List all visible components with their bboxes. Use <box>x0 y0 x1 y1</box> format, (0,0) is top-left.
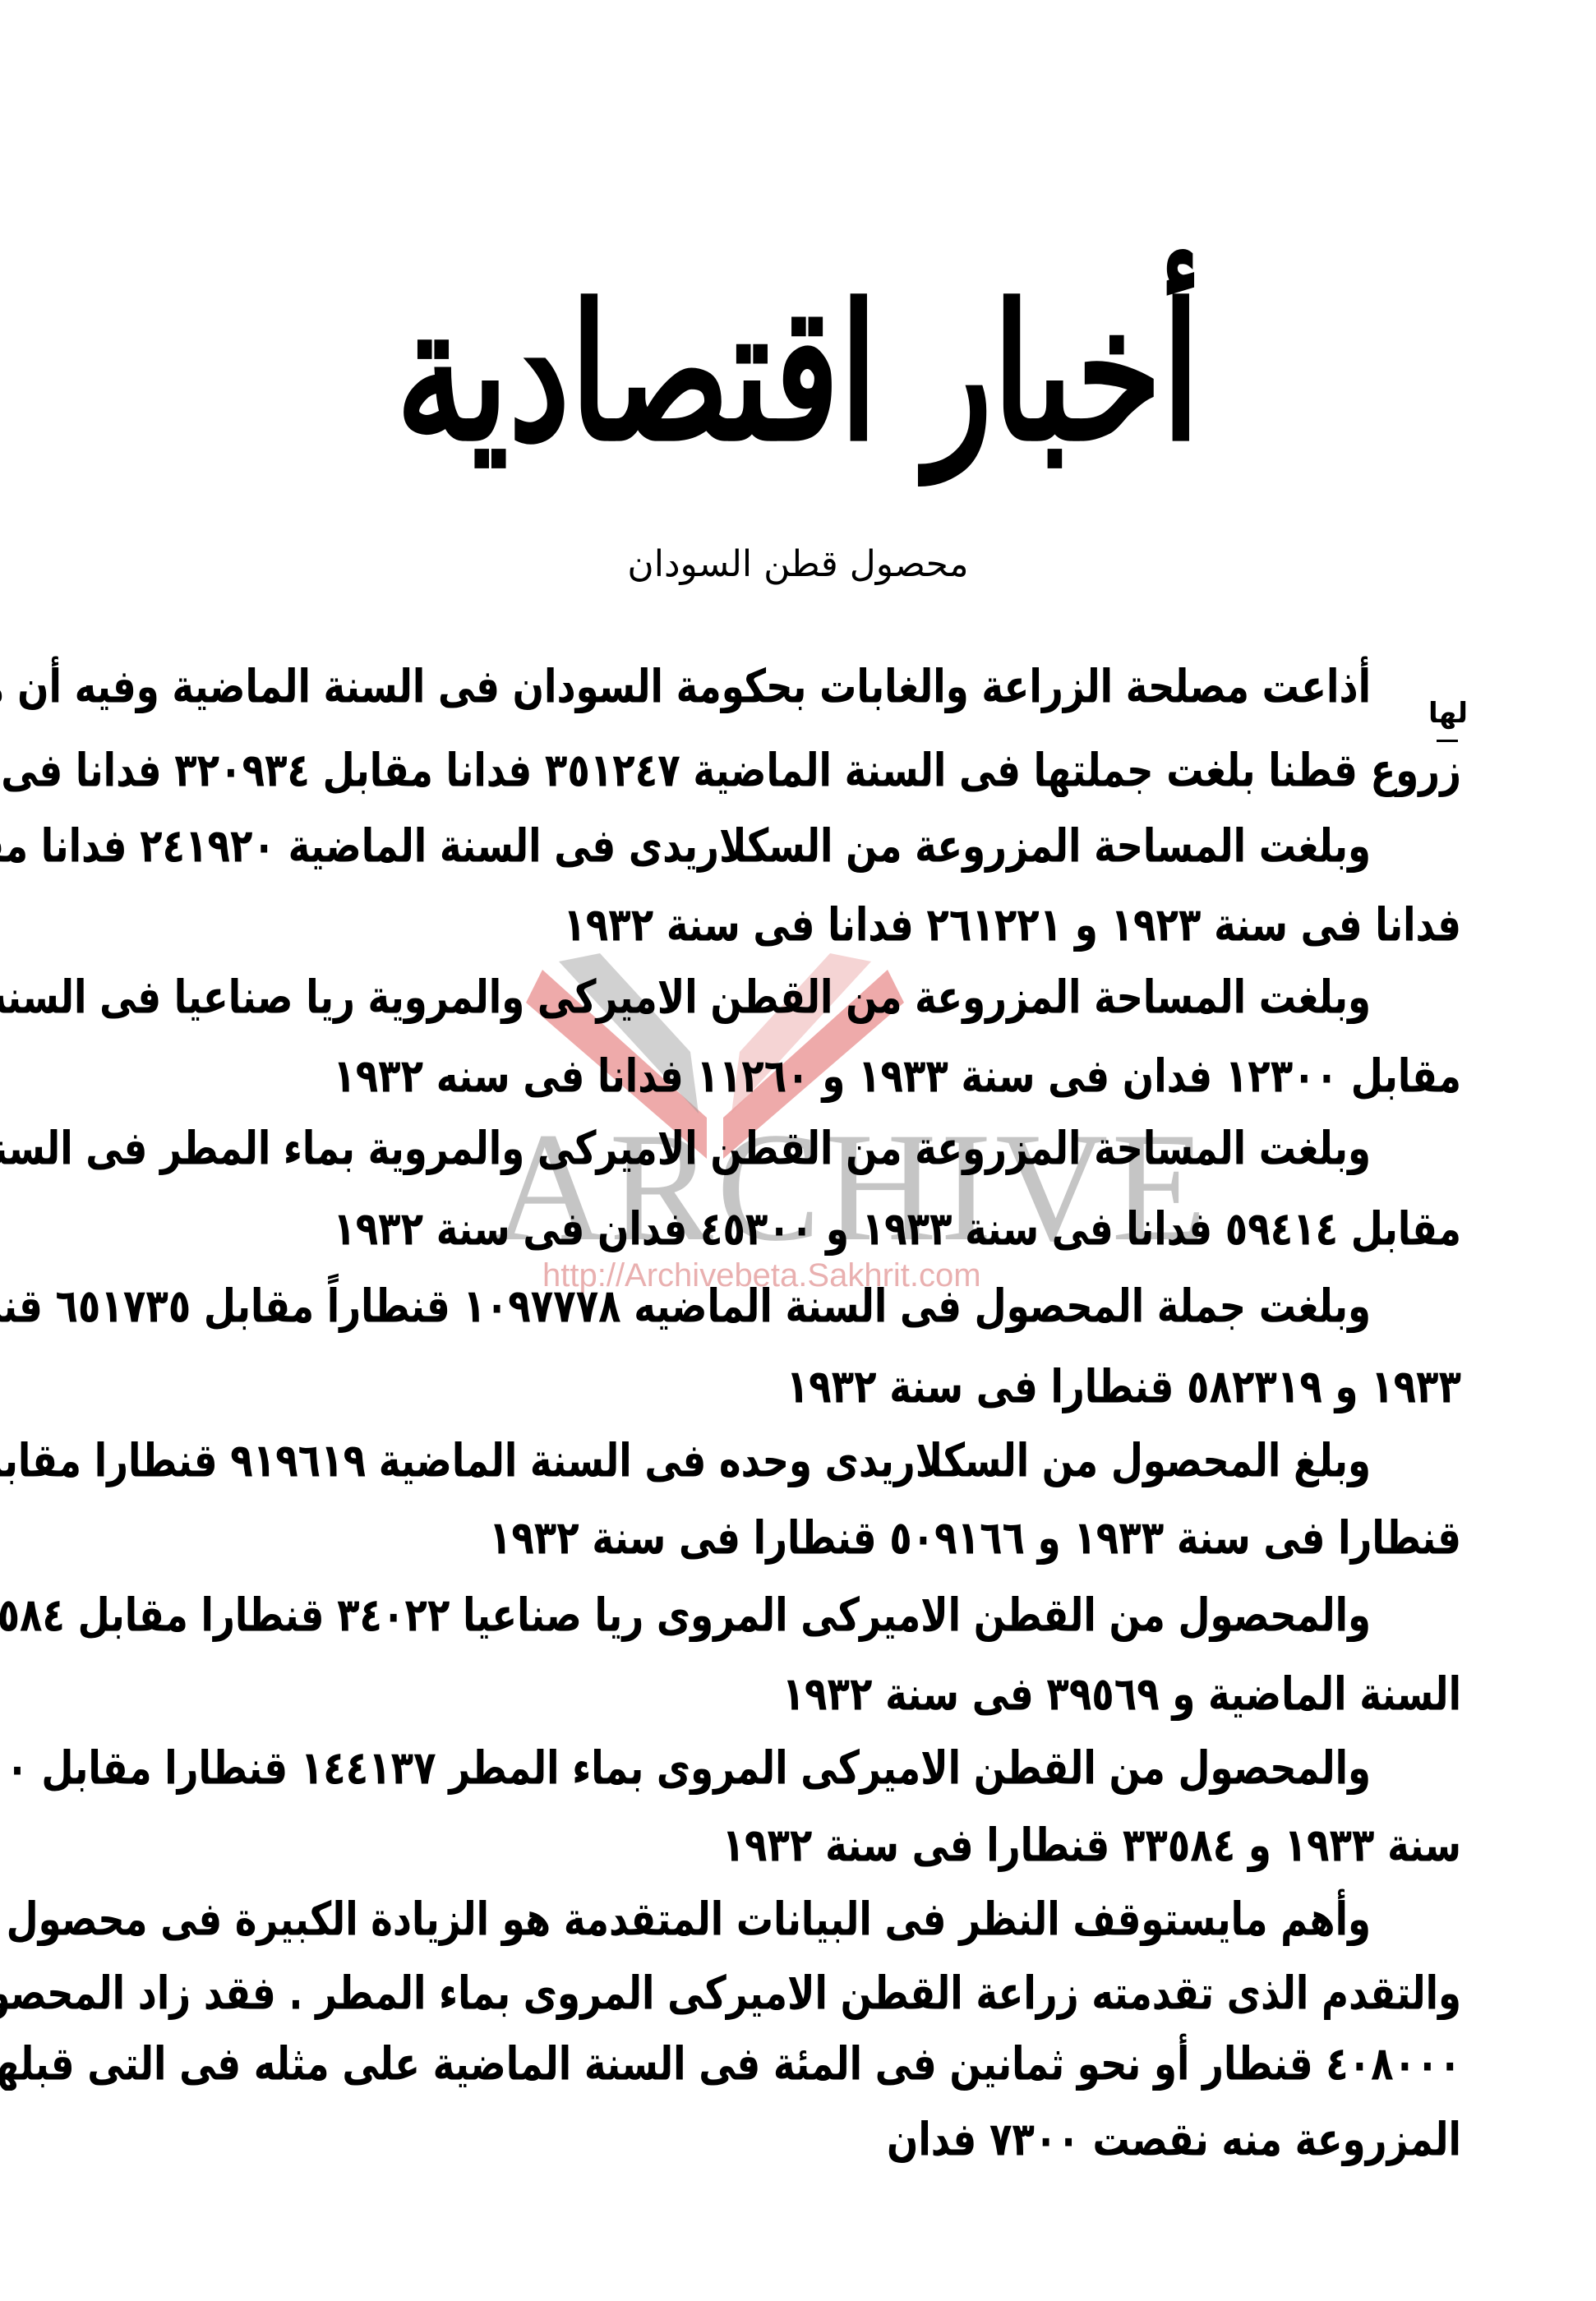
scanned-page: أخبار اقتصادية محصول قطن السودان لها ARC… <box>0 0 1596 2301</box>
margin-dash <box>1437 740 1458 742</box>
article-line: وبلغت جملة المحصول فى السنة الماضيه ١٠٩٧… <box>0 1283 1371 1329</box>
article-subtitle: محصول قطن السودان <box>0 546 1596 583</box>
article-line: ٤٠٨٠٠٠ قنطار أو نحو ثمانين فى المئة فى ا… <box>0 2040 1461 2087</box>
article-line: سنة ١٩٣٣ و ٣٣٥٨٤ قنطارا فى سنة ١٩٣٢ <box>722 1822 1461 1868</box>
article-line: مقابل ٥٩٤١٤ فدانا فى سنة ١٩٣٣ و ٤٥٣٠٠ فد… <box>333 1206 1461 1252</box>
article-line: زروع قطنا بلغت جملتها فى السنة الماضية ٣… <box>0 747 1461 793</box>
article-line: ١٩٣٣ و ٥٨٢٣١٩ قنطارا فى سنة ١٩٣٢ <box>786 1363 1461 1409</box>
article-line: المزروعة منه نقصت ٧٣٠٠ فدان <box>887 2116 1461 2162</box>
article-line: وأهم مايستوقف النظر فى البيانات المتقدمة… <box>0 1896 1371 1942</box>
article-line: وبلغت المساحة المزروعة من السكلاريدى فى … <box>0 823 1371 869</box>
article-line: وبلغت المساحة المزروعة من القطن الاميركى… <box>0 974 1371 1020</box>
article-line: فدانا فى سنة ١٩٢٣ و ٢٦١٢٢١ فدانا فى سنة … <box>563 901 1461 948</box>
article-line: والمحصول من القطن الاميركى المروى بماء ا… <box>0 1745 1371 1791</box>
article-line: السنة الماضية و ٣٩٥٦٩ فى سنة ١٩٣٢ <box>782 1671 1461 1717</box>
margin-mark: لها <box>1428 697 1468 730</box>
article-line: والمحصول من القطن الاميركى المروى ريا صن… <box>0 1592 1371 1638</box>
article-line: وبلغت المساحة المزروعة من القطن الاميركى… <box>0 1125 1371 1171</box>
article-line: والتقدم الذى تقدمته زراعة القطن الاميركى… <box>0 1970 1461 2016</box>
article-line: أذاعت مصلحة الزراعة والغابات بحكومة السو… <box>0 663 1371 709</box>
article-line: قنطارا فى سنة ١٩٣٣ و ٥٠٩١٦٦ قنطارا فى سن… <box>489 1515 1461 1561</box>
masthead-title: أخبار اقتصادية <box>0 279 1596 466</box>
article-line: مقابل ١٢٣٠٠ فدان فى سنة ١٩٣٣ و ١١٢٦٠ فدا… <box>333 1053 1461 1099</box>
article-line: وبلغ المحصول من السكلاريدى وحده فى السنة… <box>0 1437 1371 1483</box>
